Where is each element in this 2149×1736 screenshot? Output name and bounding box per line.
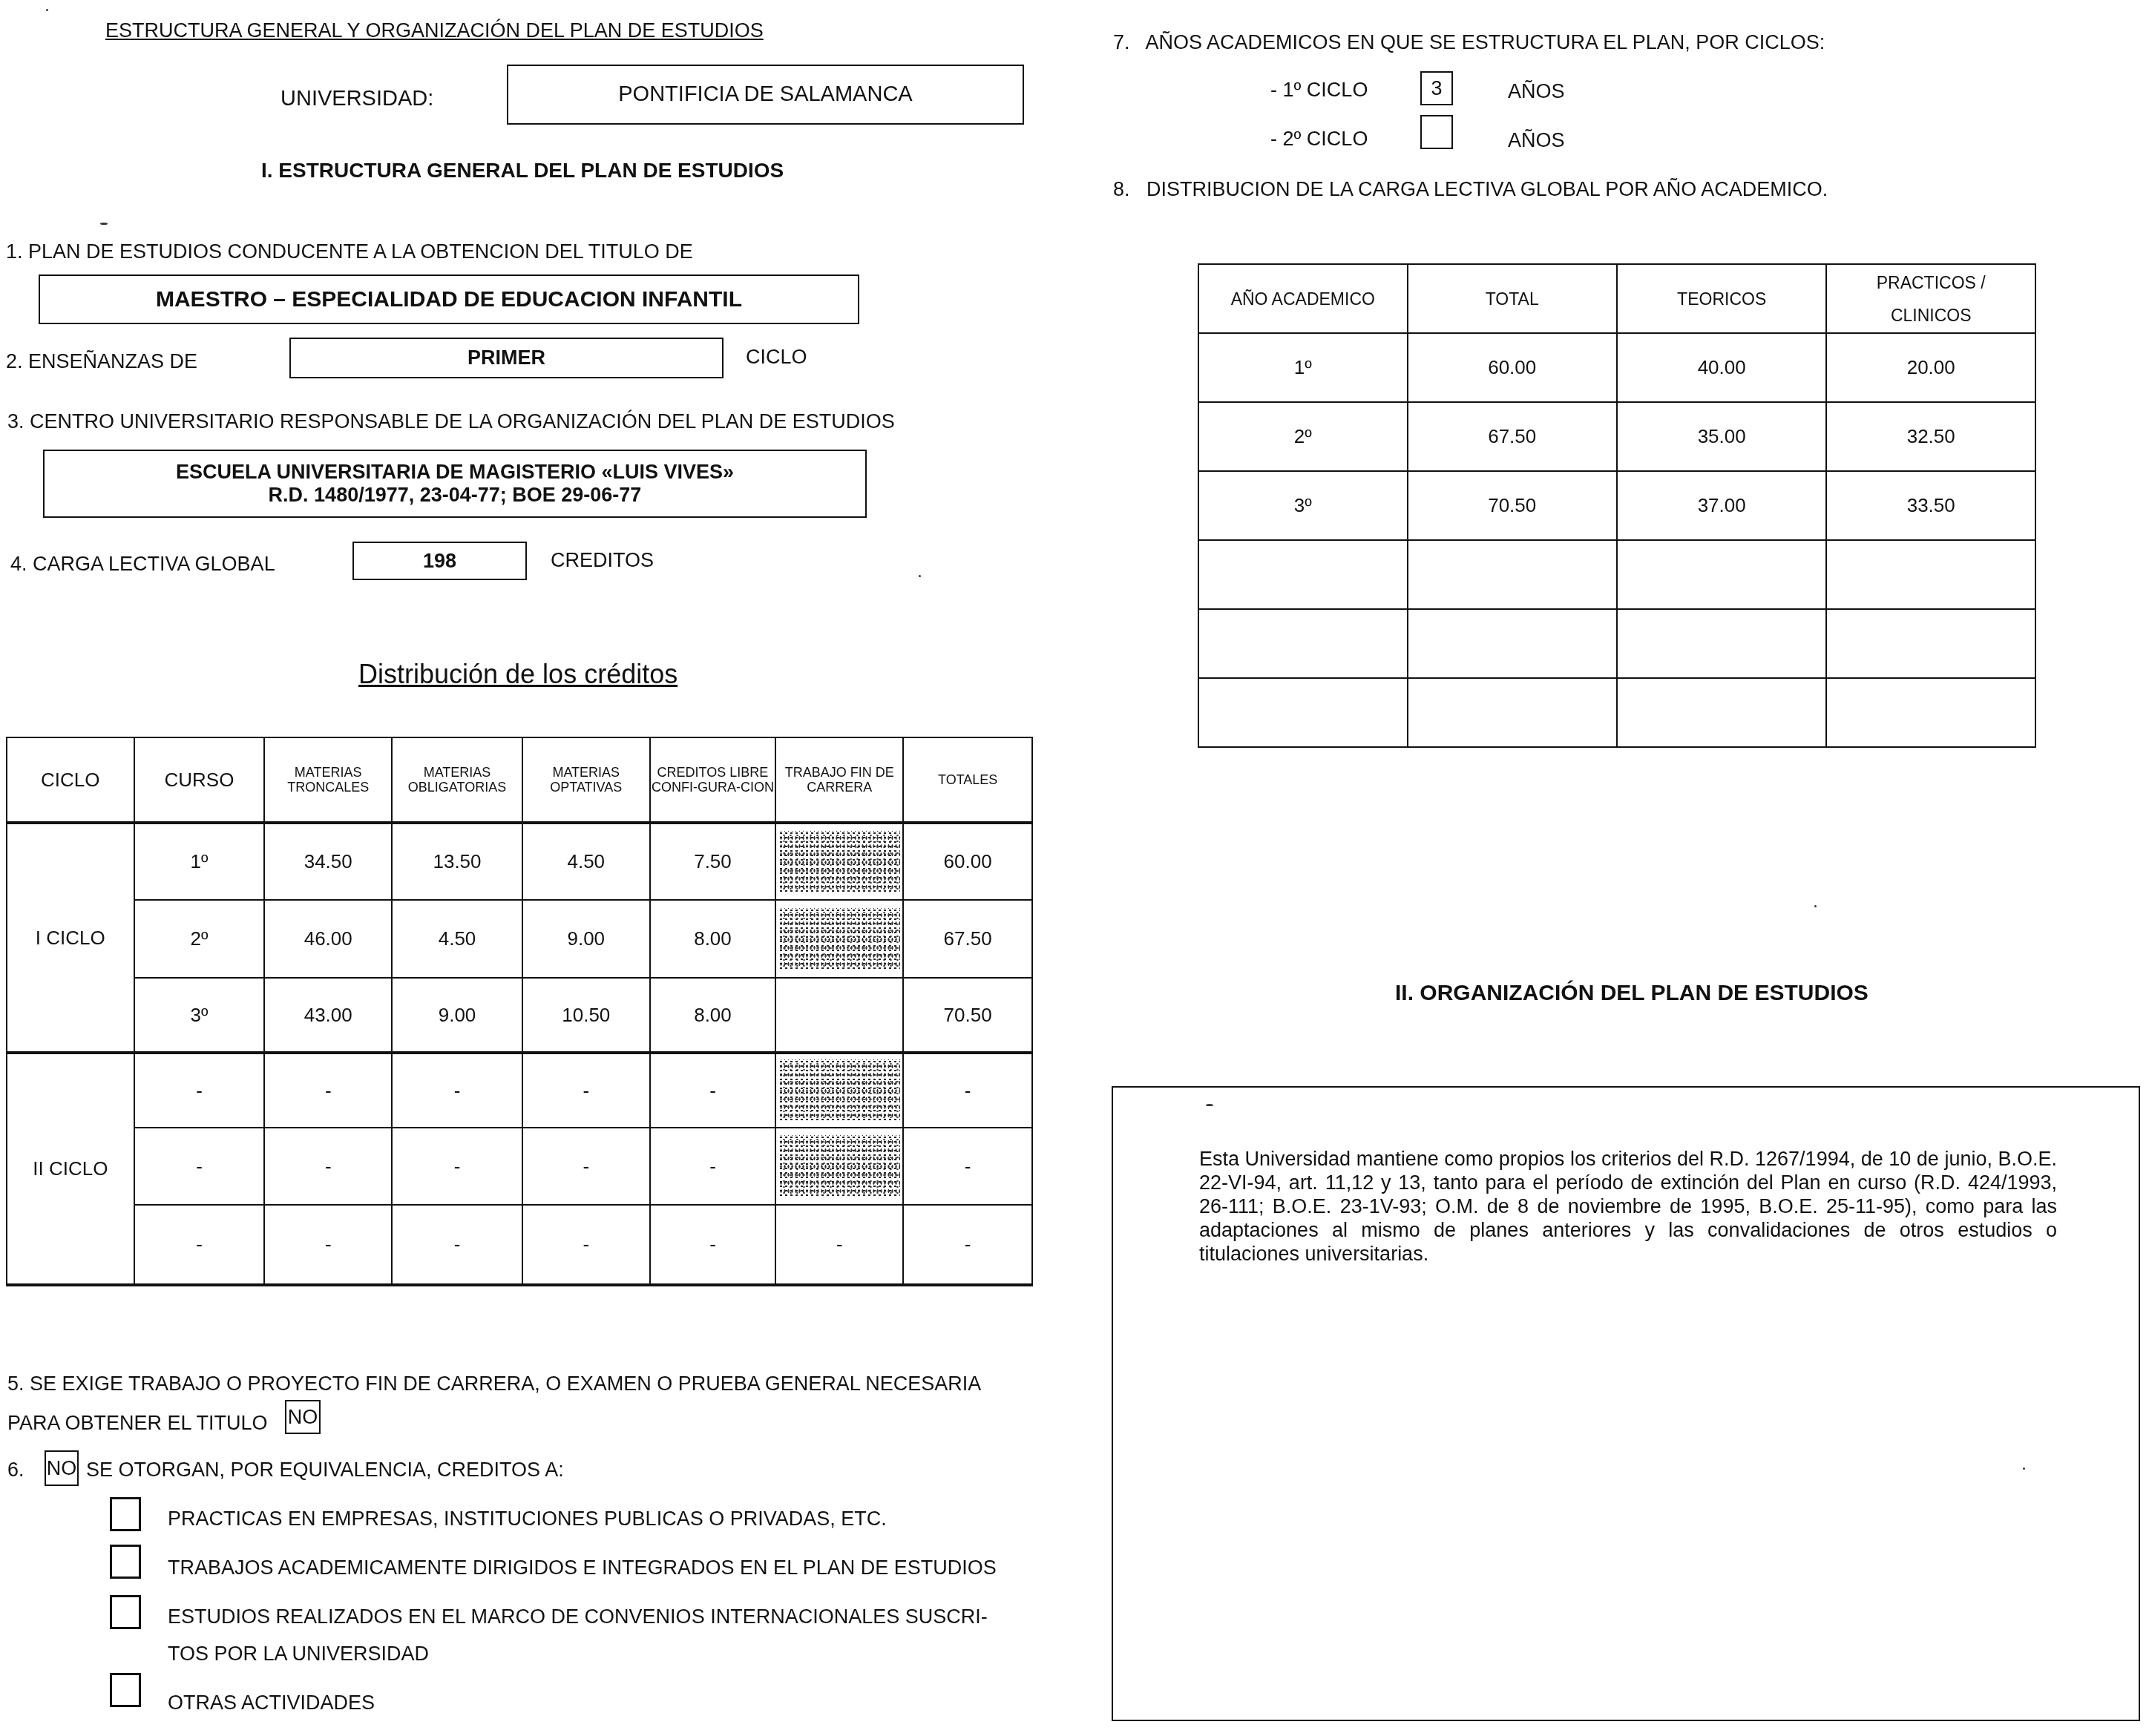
load-value-cell (1826, 540, 2035, 609)
credits-cell-libre: - (650, 1053, 776, 1128)
load-row: 1º60.0040.0020.00 (1198, 333, 2035, 402)
scan-speck (1206, 1104, 1213, 1106)
scan-speck (100, 223, 108, 225)
load-value-cell: 20.00 (1826, 333, 2035, 402)
load-row: 2º67.5035.0032.50 (1198, 402, 2035, 471)
load-value-cell (1826, 609, 2035, 678)
load-year-cell (1198, 609, 1408, 678)
credits-cell-totales: - (903, 1128, 1032, 1205)
load-value-cell: 37.00 (1617, 471, 1827, 540)
credits-header-cell: CREDITOS LIBRE CONFI-GURA-CION (650, 737, 776, 823)
q7-cycle2-suffix: AÑOS (1508, 129, 1565, 152)
q7-label: 7. AÑOS ACADEMICOS EN QUE SE ESTRUCTURA … (1113, 31, 1825, 54)
q6-answer: NO (47, 1457, 77, 1480)
load-value-cell (1408, 609, 1617, 678)
credits-cell-optativas: - (522, 1205, 650, 1285)
q4-suffix: CREDITOS (551, 549, 654, 572)
q3-center-field: ESCUELA UNIVERSITARIA DE MAGISTERIO «LUI… (43, 450, 867, 518)
q7-cycle1-years-box: 3 (1420, 71, 1453, 105)
load-header-line: PRACTICOS / (1827, 266, 2035, 299)
q6-answer-box: NO (45, 1450, 79, 1486)
ciclo-cell: I CICLO (7, 823, 134, 1053)
load-year-cell (1198, 678, 1408, 747)
q2-suffix: CICLO (746, 346, 807, 369)
credits-cell-totales: 60.00 (903, 823, 1032, 900)
credits-cell-curso: - (134, 1128, 265, 1205)
credits-cell-troncales: - (264, 1128, 392, 1205)
credits-cell-totales: - (903, 1053, 1032, 1128)
academic-load-table: AÑO ACADEMICOTOTALTEORICOSPRACTICOS /CLI… (1198, 263, 2036, 748)
credits-row: II CICLO------ (7, 1053, 1032, 1128)
section-ii-text: Esta Universidad mantiene como propios l… (1199, 1147, 2057, 1266)
option-trabajos-label: TRABAJOS ACADEMICAMENTE DIRIGIDOS E INTE… (168, 1556, 997, 1579)
university-value: PONTIFICIA DE SALAMANCA (618, 82, 912, 107)
credits-cell-trabajo (775, 1128, 903, 1205)
credits-cell-obligatorias: 4.50 (392, 900, 522, 978)
q7-cycle1-years: 3 (1431, 77, 1442, 100)
section-ii-box: Esta Universidad mantiene como propios l… (1112, 1086, 2140, 1721)
credits-cell-optativas: 10.50 (522, 978, 650, 1053)
credits-cell-obligatorias: - (392, 1205, 522, 1285)
credits-cell-totales: 67.50 (903, 900, 1032, 978)
q1-degree-value: MAESTRO – ESPECIALIDAD DE EDUCACION INFA… (156, 287, 742, 312)
checkbox-trabajos[interactable] (110, 1545, 141, 1579)
q7-cycle1-suffix: AÑOS (1508, 80, 1565, 103)
credits-cell-totales: 70.50 (903, 978, 1032, 1053)
scan-speck (46, 9, 48, 11)
shaded-cell-pattern (778, 908, 900, 970)
q1-label: 1. PLAN DE ESTUDIOS CONDUCENTE A LA OBTE… (6, 240, 693, 263)
scan-speck (919, 575, 921, 577)
checkbox-practicas[interactable] (110, 1497, 141, 1531)
load-row (1198, 609, 2035, 678)
credits-distribution-table: CICLOCURSOMATERIAS TRONCALESMATERIAS OBL… (6, 737, 1033, 1286)
credits-header-cell: CURSO (134, 737, 265, 823)
shaded-cell-pattern (778, 831, 900, 893)
credits-cell-optativas: 4.50 (522, 823, 650, 900)
q7-cycle2-years-box (1420, 115, 1453, 149)
q2-label: 2. ENSEÑANZAS DE (6, 350, 197, 373)
credits-cell-curso: 2º (134, 900, 265, 978)
shaded-cell-pattern (778, 1059, 900, 1122)
credits-header-row: CICLOCURSOMATERIAS TRONCALESMATERIAS OBL… (7, 737, 1032, 823)
load-value-cell (1408, 540, 1617, 609)
load-year-cell (1198, 540, 1408, 609)
load-value-cell (1617, 609, 1827, 678)
credits-header-cell: MATERIAS OBLIGATORIAS (392, 737, 522, 823)
credits-cell-curso: 1º (134, 823, 265, 900)
load-value-cell (1826, 678, 2035, 747)
credits-cell-totales: - (903, 1205, 1032, 1285)
q1-degree-field: MAESTRO – ESPECIALIDAD DE EDUCACION INFA… (39, 274, 859, 324)
document-title: ESTRUCTURA GENERAL Y ORGANIZACIÓN DEL PL… (105, 19, 764, 42)
credits-cell-obligatorias: 13.50 (392, 823, 522, 900)
credits-header-cell: TRABAJO FIN DE CARRERA (775, 737, 903, 823)
q7-cycle1-label: - 1º CICLO (1270, 79, 1368, 102)
checkbox-otras[interactable] (110, 1673, 141, 1707)
section-ii-title: II. ORGANIZACIÓN DEL PLAN DE ESTUDIOS (1395, 981, 1869, 1006)
university-field: PONTIFICIA DE SALAMANCA (507, 65, 1024, 125)
credits-row: I CICLO1º34.5013.504.507.5060.00 (7, 823, 1032, 900)
section-i-title: I. ESTRUCTURA GENERAL DEL PLAN DE ESTUDI… (261, 159, 784, 183)
q2-cycle-value: PRIMER (467, 346, 545, 369)
credits-cell-libre: 8.00 (650, 900, 776, 978)
credits-header-cell: MATERIAS TRONCALES (264, 737, 392, 823)
load-value-cell (1408, 678, 1617, 747)
credits-cell-trabajo (775, 900, 903, 978)
q4-credits-field: 198 (352, 542, 527, 580)
load-value-cell (1617, 540, 1827, 609)
q4-credits-value: 198 (423, 550, 456, 573)
credits-row: 2º46.004.509.008.0067.50 (7, 900, 1032, 978)
load-header-cell: PRACTICOS /CLINICOS (1826, 264, 2035, 333)
q3-center-decree: R.D. 1480/1977, 23-04-77; BOE 29-06-77 (269, 484, 642, 507)
credits-cell-troncales: 34.50 (264, 823, 392, 900)
credits-cell-troncales: 46.00 (264, 900, 392, 978)
credits-cell-troncales: - (264, 1053, 392, 1128)
credits-cell-libre: - (650, 1128, 776, 1205)
q5-line2: PARA OBTENER EL TITULO (7, 1412, 268, 1435)
load-header-cell: TEORICOS (1617, 264, 1827, 333)
load-value-cell: 32.50 (1826, 402, 2035, 471)
credits-cell-obligatorias: - (392, 1053, 522, 1128)
credits-row: ------- (7, 1205, 1032, 1285)
load-row: 3º70.5037.0033.50 (1198, 471, 2035, 540)
q2-cycle-field: PRIMER (289, 338, 724, 378)
credits-table-title: Distribución de los créditos (358, 659, 677, 690)
load-value-cell: 60.00 (1408, 333, 1617, 402)
checkbox-convenios[interactable] (110, 1595, 141, 1629)
q3-center-name: ESCUELA UNIVERSITARIA DE MAGISTERIO «LUI… (176, 461, 734, 484)
credits-header-cell: MATERIAS OPTATIVAS (522, 737, 650, 823)
credits-cell-trabajo (775, 1053, 903, 1128)
load-header-row: AÑO ACADEMICOTOTALTEORICOSPRACTICOS /CLI… (1198, 264, 2035, 333)
credits-cell-optativas: - (522, 1053, 650, 1128)
credits-header-cell: CICLO (7, 737, 134, 823)
option-otras-label: OTRAS ACTIVIDADES (168, 1691, 375, 1714)
credits-cell-curso: - (134, 1053, 265, 1128)
credits-cell-obligatorias: - (392, 1128, 522, 1205)
load-value-cell: 70.50 (1408, 471, 1617, 540)
credits-cell-libre: - (650, 1205, 776, 1285)
university-label: UNIVERSIDAD: (280, 87, 433, 111)
load-value-cell: 35.00 (1617, 402, 1827, 471)
q6-number: 6. (7, 1459, 24, 1482)
q7-cycle2-label: - 2º CICLO (1270, 128, 1368, 151)
q6-label: SE OTORGAN, POR EQUIVALENCIA, CREDITOS A… (86, 1459, 564, 1482)
q5-answer: NO (288, 1406, 318, 1429)
credits-cell-libre: 8.00 (650, 978, 776, 1053)
credits-row: ------ (7, 1128, 1032, 1205)
load-value-cell (1617, 678, 1827, 747)
q8-label: 8. DISTRIBUCION DE LA CARGA LECTIVA GLOB… (1113, 178, 1828, 201)
ciclo-cell: II CICLO (7, 1053, 134, 1285)
credits-cell-optativas: - (522, 1128, 650, 1205)
load-value-cell: 40.00 (1617, 333, 1827, 402)
scan-speck (2023, 1467, 2025, 1470)
credits-header-cell: TOTALES (903, 737, 1032, 823)
credits-cell-troncales: 43.00 (264, 978, 392, 1053)
credits-cell-trabajo: - (775, 1205, 903, 1285)
option-practicas-label: PRACTICAS EN EMPRESAS, INSTITUCIONES PUB… (168, 1508, 887, 1530)
q3-label: 3. CENTRO UNIVERSITARIO RESPONSABLE DE L… (7, 410, 895, 433)
load-year-cell: 1º (1198, 333, 1408, 402)
load-value-cell: 33.50 (1826, 471, 2035, 540)
credits-cell-curso: 3º (134, 978, 265, 1053)
q5-line1: 5. SE EXIGE TRABAJO O PROYECTO FIN DE CA… (7, 1372, 981, 1395)
q5-answer-box: NO (285, 1400, 321, 1434)
load-header-line: CLINICOS (1827, 299, 2035, 332)
credits-cell-libre: 7.50 (650, 823, 776, 900)
credits-cell-obligatorias: 9.00 (392, 978, 522, 1053)
load-header-cell: TOTAL (1408, 264, 1617, 333)
credits-row: 3º43.009.0010.508.0070.50 (7, 978, 1032, 1053)
credits-cell-curso: - (134, 1205, 265, 1285)
option-convenios-label: ESTUDIOS REALIZADOS EN EL MARCO DE CONVE… (168, 1605, 988, 1628)
load-year-cell: 3º (1198, 471, 1408, 540)
load-row (1198, 540, 2035, 609)
shaded-cell-pattern (778, 1135, 900, 1197)
load-year-cell: 2º (1198, 402, 1408, 471)
credits-cell-trabajo (775, 823, 903, 900)
q4-label: 4. CARGA LECTIVA GLOBAL (10, 553, 275, 576)
credits-cell-optativas: 9.00 (522, 900, 650, 978)
option-convenios-label-cont: TOS POR LA UNIVERSIDAD (168, 1643, 429, 1666)
credits-cell-troncales: - (264, 1205, 392, 1285)
load-row (1198, 678, 2035, 747)
load-header-cell: AÑO ACADEMICO (1198, 264, 1408, 333)
load-value-cell: 67.50 (1408, 402, 1617, 471)
scan-speck (1814, 905, 1817, 907)
credits-cell-trabajo (775, 978, 903, 1053)
